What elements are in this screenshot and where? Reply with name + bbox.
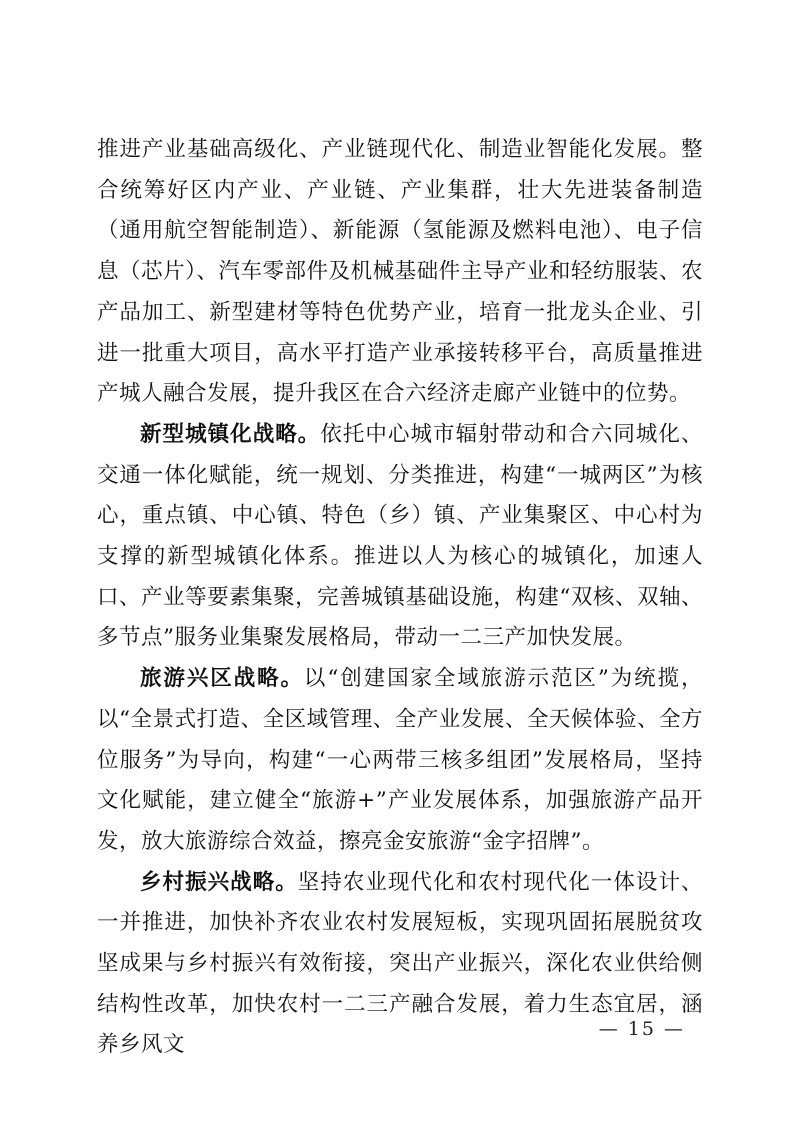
paragraph-text: 依托中心城市辐射带动和合六同城化、交通一体化赋能，统一规划、分类推进，构建“一城… <box>97 422 703 651</box>
paragraph-text: 以“创建国家全域旅游示范区”为统揽，以“全景式打造、全区域管理、全产业发展、全天… <box>97 666 703 854</box>
paragraph-lead: 乡村振兴战略。 <box>140 870 298 895</box>
body-paragraph: 推进产业基础高级化、产业链现代化、制造业智能化发展。整合统筹好区内产业、产业链、… <box>97 130 703 415</box>
page-number: — 15 — <box>599 1016 685 1042</box>
document-page: 推进产业基础高级化、产业链现代化、制造业智能化发展。整合统筹好区内产业、产业链、… <box>0 0 793 1122</box>
paragraph-lead: 新型城镇化战略。 <box>140 422 320 447</box>
body-paragraph: 旅游兴区战略。以“创建国家全域旅游示范区”为统揽，以“全景式打造、全区域管理、全… <box>97 659 703 863</box>
paragraph-lead: 旅游兴区战略。 <box>140 666 304 691</box>
page-body-text: 推进产业基础高级化、产业链现代化、制造业智能化发展。整合统筹好区内产业、产业链、… <box>97 130 703 1066</box>
paragraph-text: 推进产业基础高级化、产业链现代化、制造业智能化发展。整合统筹好区内产业、产业链、… <box>97 137 703 406</box>
body-paragraph: 新型城镇化战略。依托中心城市辐射带动和合六同城化、交通一体化赋能，统一规划、分类… <box>97 415 703 659</box>
